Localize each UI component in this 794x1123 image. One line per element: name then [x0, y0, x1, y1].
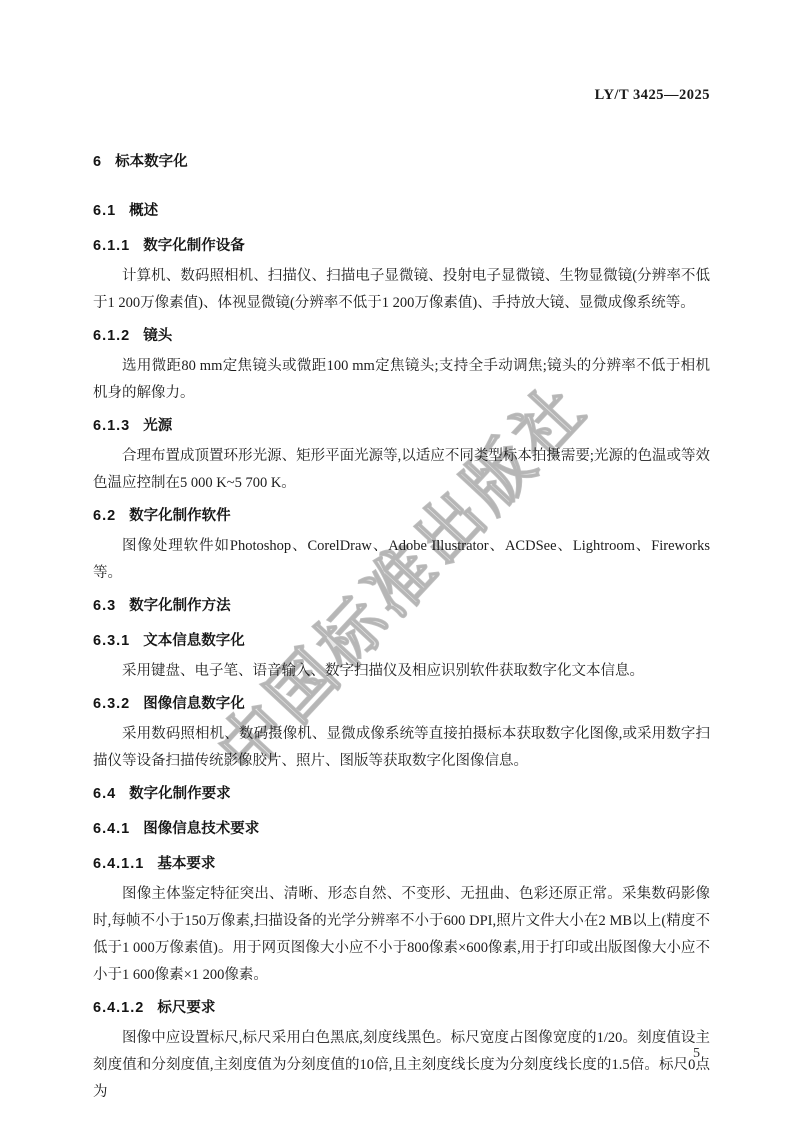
- section-6-4-1-2-heading: 6.4.1.2标尺要求: [93, 998, 710, 1019]
- section-number: 6.1.2: [93, 326, 130, 347]
- section-6-1-1-heading: 6.1.1数字化制作设备: [93, 236, 710, 257]
- section-number: 6.3.1: [93, 631, 130, 652]
- section-6-4-1-2-paragraph: 图像中应设置标尺,标尺采用白色黑底,刻度线黑色。标尺宽度占图像宽度的1/20。刻…: [93, 1025, 710, 1106]
- standard-number: LY/T 3425—2025: [93, 85, 710, 106]
- section-6-3-2-paragraph: 采用数码照相机、数码摄像机、显微成像系统等直接拍摄标本获取数字化图像,或采用数字…: [93, 721, 710, 775]
- section-title: 标尺要求: [157, 1000, 215, 1016]
- section-title: 标本数字化: [115, 154, 188, 170]
- page-number: 5: [693, 1046, 700, 1062]
- section-number: 6.1.1: [93, 236, 130, 257]
- section-number: 6.4.1.2: [93, 998, 144, 1019]
- section-6-3-heading: 6.3数字化制作方法: [93, 596, 710, 617]
- section-6-2-paragraph: 图像处理软件如Photoshop、CorelDraw、Adobe Illustr…: [93, 533, 710, 587]
- section-number: 6.3.2: [93, 694, 130, 715]
- section-number: 6.4.1: [93, 819, 130, 840]
- section-number: 6.1: [93, 201, 116, 222]
- section-6-1-heading: 6.1概述: [93, 201, 710, 222]
- section-title: 基本要求: [157, 856, 215, 872]
- section-title: 图像信息技术要求: [143, 821, 259, 837]
- section-title: 数字化制作设备: [143, 238, 245, 254]
- section-number: 6.2: [93, 506, 116, 527]
- section-6-4-1-heading: 6.4.1图像信息技术要求: [93, 819, 710, 840]
- section-number: 6: [93, 152, 102, 173]
- section-6-1-3-heading: 6.1.3光源: [93, 416, 710, 437]
- section-6-4-1-1-heading: 6.4.1.1基本要求: [93, 854, 710, 875]
- section-number: 6.4: [93, 784, 116, 805]
- document-page: LY/T 3425—2025 6标本数字化 6.1概述 6.1.1数字化制作设备…: [0, 0, 794, 1123]
- section-6-1-2-heading: 6.1.2镜头: [93, 326, 710, 347]
- section-6-heading: 6标本数字化: [93, 152, 710, 173]
- section-6-1-2-paragraph: 选用微距80 mm定焦镜头或微距100 mm定焦镜头;支持全手动调焦;镜头的分辨…: [93, 353, 710, 407]
- section-6-3-2-heading: 6.3.2图像信息数字化: [93, 694, 710, 715]
- section-number: 6.1.3: [93, 416, 130, 437]
- section-title: 图像信息数字化: [143, 696, 245, 712]
- section-title: 概述: [129, 203, 158, 219]
- section-title: 数字化制作软件: [129, 508, 231, 524]
- section-number: 6.4.1.1: [93, 854, 144, 875]
- section-6-2-heading: 6.2数字化制作软件: [93, 506, 710, 527]
- section-6-4-1-1-paragraph: 图像主体鉴定特征突出、清晰、形态自然、不变形、无扭曲、色彩还原正常。采集数码影像…: [93, 881, 710, 989]
- section-6-3-1-heading: 6.3.1文本信息数字化: [93, 631, 710, 652]
- section-6-1-1-paragraph: 计算机、数码照相机、扫描仪、扫描电子显微镜、投射电子显微镜、生物显微镜(分辨率不…: [93, 263, 710, 317]
- section-title: 文本信息数字化: [143, 633, 245, 649]
- section-title: 数字化制作要求: [129, 786, 231, 802]
- section-number: 6.3: [93, 596, 116, 617]
- section-6-1-3-paragraph: 合理布置成顶置环形光源、矩形平面光源等,以适应不同类型标本拍摄需要;光源的色温或…: [93, 443, 710, 497]
- section-6-4-heading: 6.4数字化制作要求: [93, 784, 710, 805]
- section-title: 镜头: [143, 328, 172, 344]
- section-title: 光源: [143, 418, 172, 434]
- section-title: 数字化制作方法: [129, 598, 231, 614]
- section-6-3-1-paragraph: 采用键盘、电子笔、语音输入、数字扫描仪及相应识别软件获取数字化文本信息。: [93, 658, 710, 685]
